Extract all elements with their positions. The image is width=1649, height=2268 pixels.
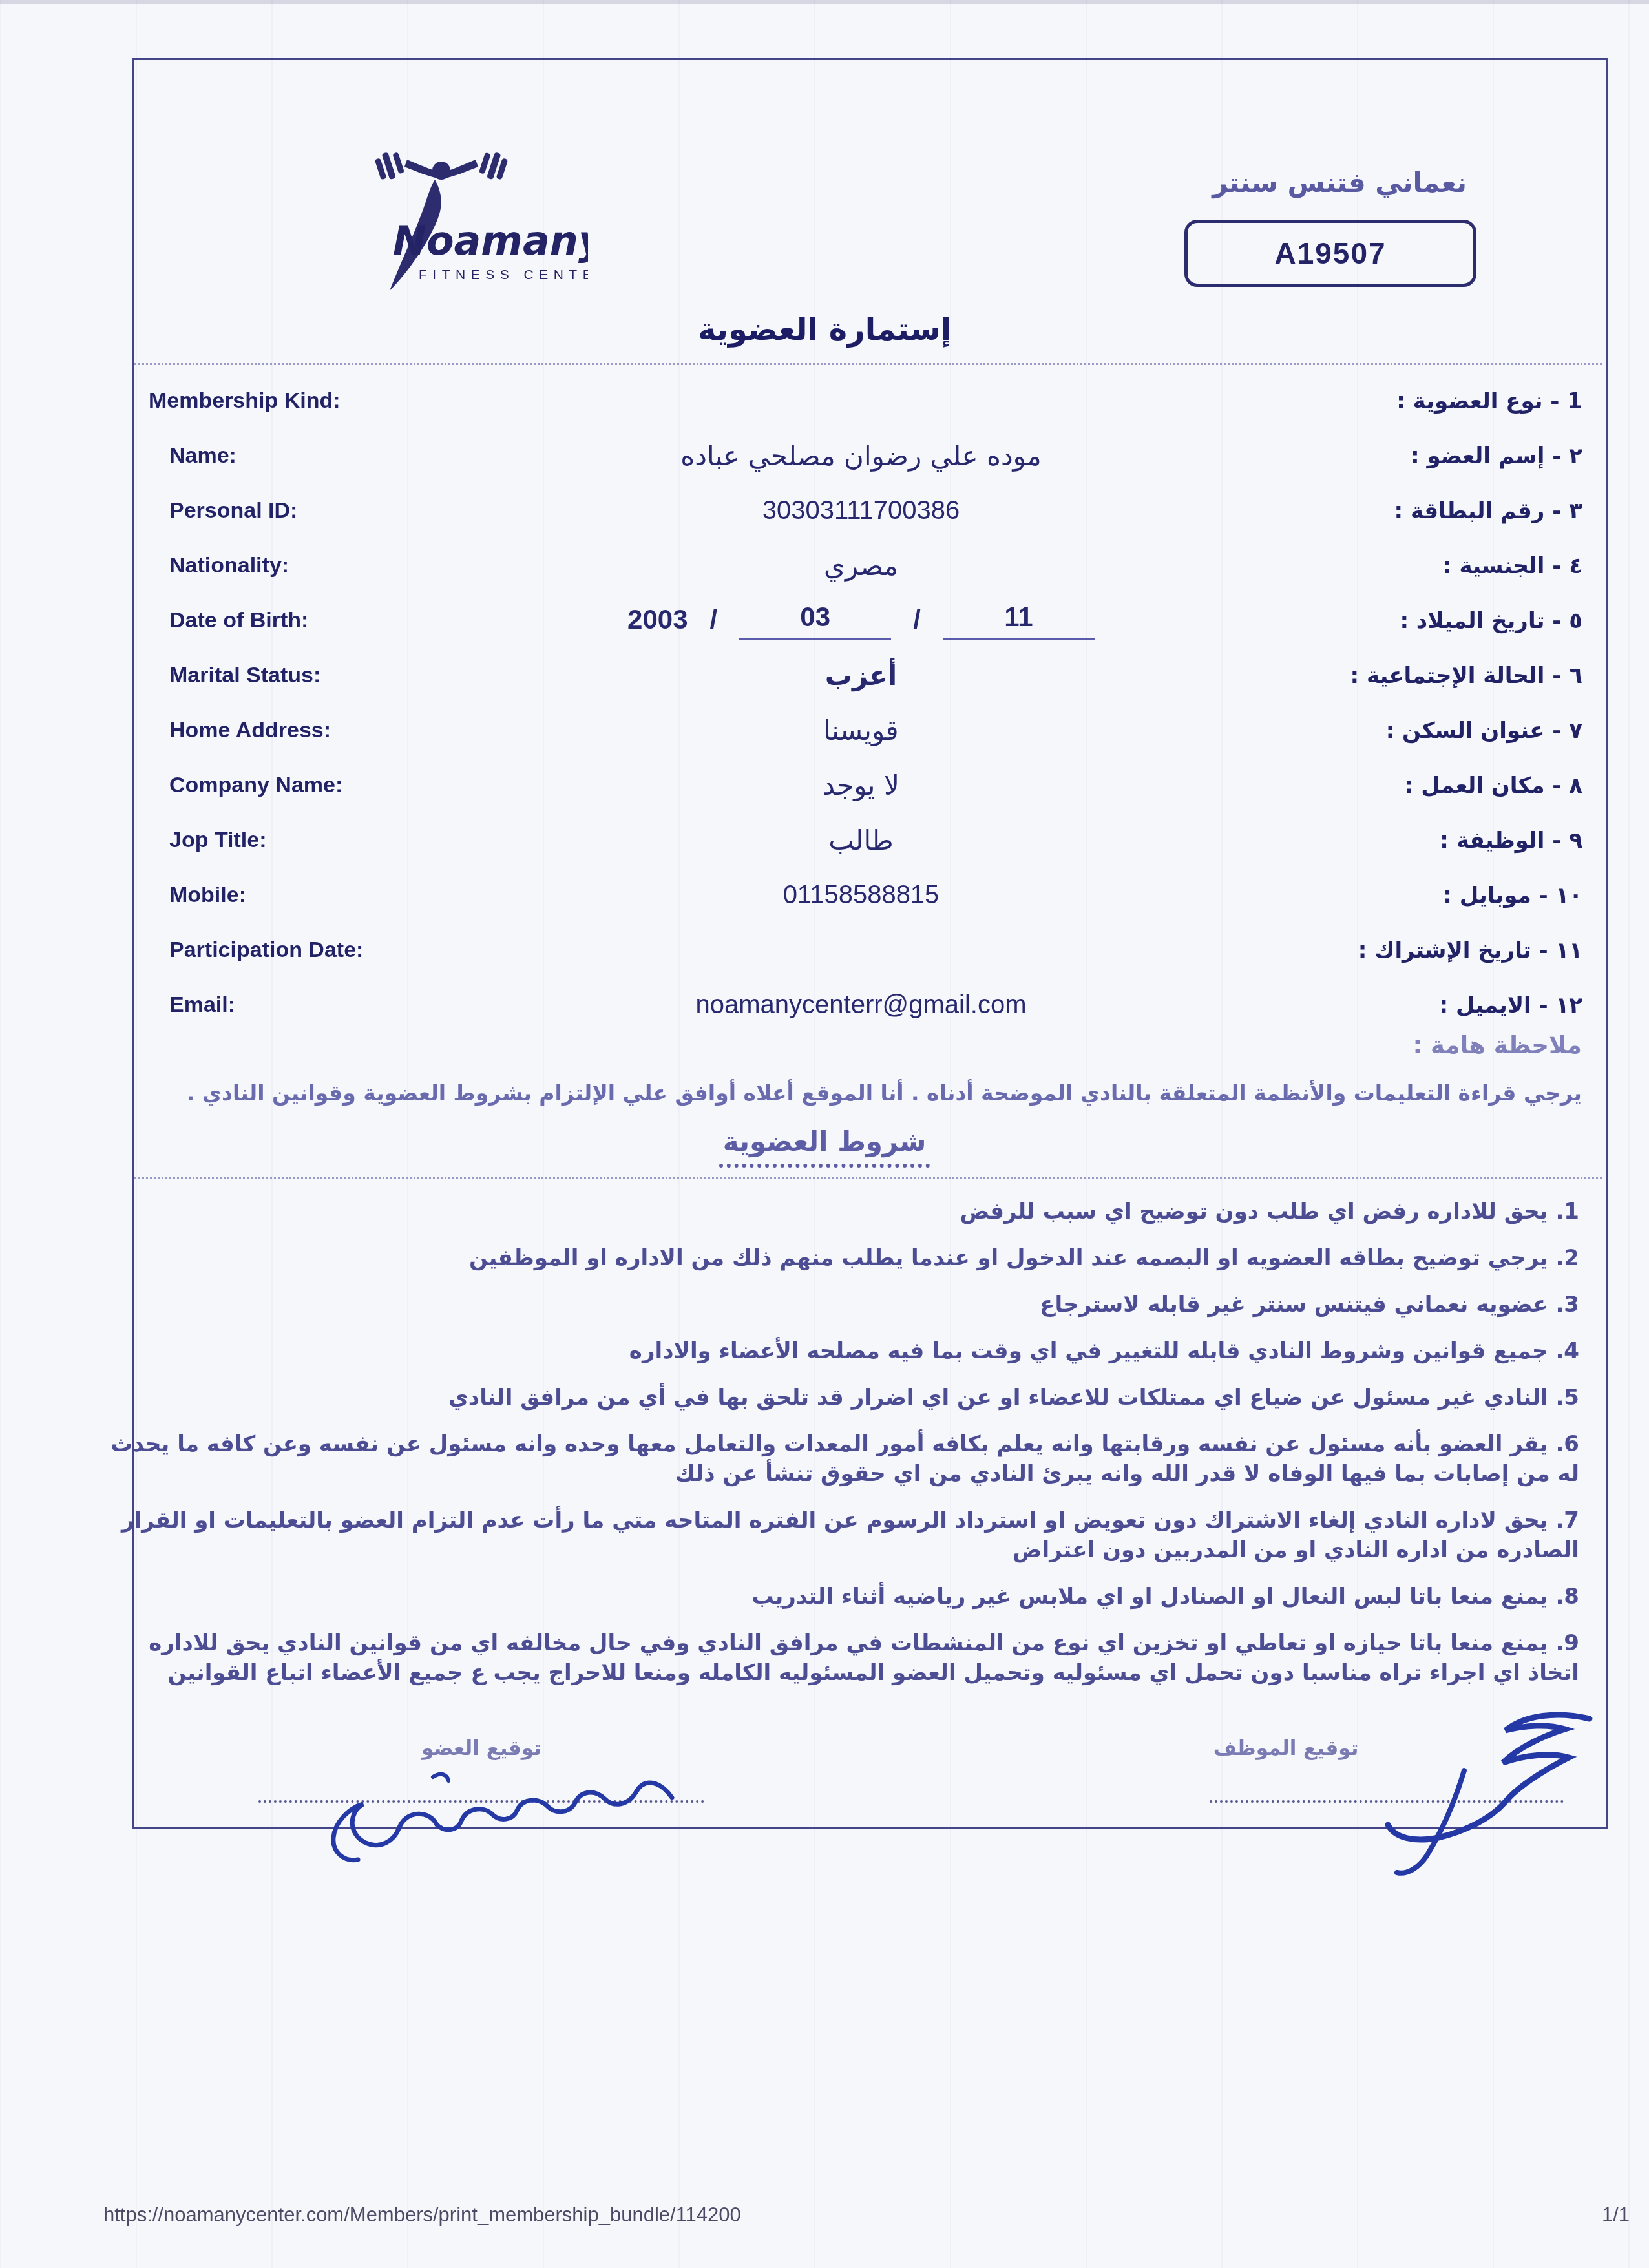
label-ar-date-of-birth: ٥ - تاريخ الميلاد : [1186,608,1586,634]
dob-separator-2: / [913,604,921,640]
term-item-8: 8. يمنع منعا باتا لبس النعال او الصنادل … [93,1582,1579,1612]
label-en-job-title: Jop Title: [149,828,536,853]
term-item-4: 4. جميع قوانين وشروط النادي قابله للتغيي… [93,1336,1579,1366]
term-item-1: 1. يحق للاداره رفض اي طلب دون توضيح اي س… [93,1197,1579,1226]
label-ar-home-address: ٧ - عنوان السكن : [1186,718,1586,744]
label-en-participation-date: Participation Date: [149,938,536,963]
label-ar-marital-status: ٦ - الحالة الإجتماعية : [1186,663,1586,689]
dob-year: 2003 [627,604,688,640]
label-ar-membership-kind: 1 - نوع العضوية : [1186,388,1586,414]
label-ar-company-name: ٨ - مكان العمل : [1186,773,1586,799]
value-home-address: قويسنا [536,715,1186,746]
member-code-box: A19507 [1184,220,1476,287]
noamany-logo: Noamany FITNESS CENTER [336,150,588,292]
dob-month: 03 [739,602,891,640]
value-nationality: مصري [536,550,1186,582]
label-ar-personal-id: ٣ - رقم البطاقة : [1186,498,1586,524]
label-en-membership-kind: Membership Kind: [149,388,536,414]
label-en-home-address: Home Address: [149,718,536,743]
member-signature-label: توقيع العضو [359,1737,604,1760]
term-item-2: 2. يرجي توضيح بطاقه العضويه او البصمه عن… [93,1243,1579,1273]
dob-day: 11 [943,602,1095,640]
dob-composite: 2003 / 03 / 11 [536,602,1186,640]
label-en-name: Name: [149,443,536,468]
title-divider [134,363,1602,365]
label-ar-participation-date: ١١ - تاريخ الإشتراك : [1186,938,1586,963]
label-ar-nationality: ٤ - الجنسية : [1186,553,1586,579]
terms-heading: شروط العضوية [0,1126,1649,1157]
terms-divider [134,1177,1602,1179]
term-item-3: 3. عضويه نعماني فيتنس سنتر غير قابله لاس… [93,1290,1579,1319]
label-ar-job-title: ٩ - الوظيفة : [1186,828,1586,854]
term-item-7: 7. يحق لاداره النادي إلغاء الاشتراك دون … [93,1506,1579,1565]
label-en-email: Email: [149,992,536,1018]
important-note-body: يرجي قراءة التعليمات والأنظمة المتعلقة ب… [83,1080,1582,1106]
label-ar-mobile: ١٠ - موبايل : [1186,883,1586,908]
label-en-company-name: Company Name: [149,773,536,798]
label-en-mobile: Mobile: [149,883,536,908]
fitness-lifter-icon: Noamany FITNESS CENTER [336,150,588,292]
terms-list: 1. يحق للاداره رفض اي طلب دون توضيح اي س… [93,1197,1579,1705]
label-en-marital-status: Marital Status: [149,663,536,688]
footer-url: https://noamanycenter.com/Members/print_… [103,2203,741,2227]
label-en-date-of-birth: Date of Birth: [149,608,536,633]
member-code: A19507 [1274,236,1386,271]
term-item-9: 9. يمنع منعا باتا حيازه او تعاطي او تخزي… [93,1628,1579,1688]
value-name: موده علي رضوان مصلحي عباده [536,440,1186,472]
label-ar-email: ١٢ - الايميل : [1186,992,1586,1018]
value-marital-status: أعزب [536,660,1186,691]
label-ar-name: ٢ - إسم العضو : [1186,443,1586,469]
important-note-heading: ملاحظة هامة : [1413,1031,1582,1059]
member-signature-line [258,1800,704,1803]
term-item-6: 6. يقر العضو بأنه مسئول عن نفسه ورقابتها… [93,1429,1579,1489]
dob-separator-1: / [710,604,718,640]
form-title: إستمارة العضوية [0,311,1649,348]
label-en-nationality: Nationality: [149,553,536,578]
terms-heading-text: شروط العضوية [719,1126,930,1168]
employee-signature-line [1210,1800,1564,1803]
scan-edge-artifact [0,0,1649,4]
value-personal-id: 30303111700386 [536,496,1186,525]
scanned-form-page: Noamany FITNESS CENTER نعماني فتنس سنتر … [0,0,1649,2268]
footer-page-number: 1/1 [1602,2203,1630,2227]
value-email: noamanycenterr@gmail.com [536,991,1186,1020]
term-item-5: 5. النادي غير مسئول عن ضياع اي ممتلكات ل… [93,1383,1579,1412]
label-en-personal-id: Personal ID: [149,498,536,523]
center-name-arabic: نعماني فتنس سنتر [1212,167,1467,198]
membership-form-fields: Membership Kind: 1 - نوع العضوية : Name:… [149,373,1586,1033]
value-mobile: 01158588815 [536,881,1186,910]
logo-wordmark: Noamany [393,217,588,264]
logo-tagline: FITNESS CENTER [419,268,588,282]
value-job-title: طالب [536,824,1186,856]
employee-signature-label: توقيع الموظف [1163,1737,1409,1760]
value-date-of-birth: 2003 / 03 / 11 [536,602,1186,640]
value-company-name: لا يوجد [536,770,1186,801]
